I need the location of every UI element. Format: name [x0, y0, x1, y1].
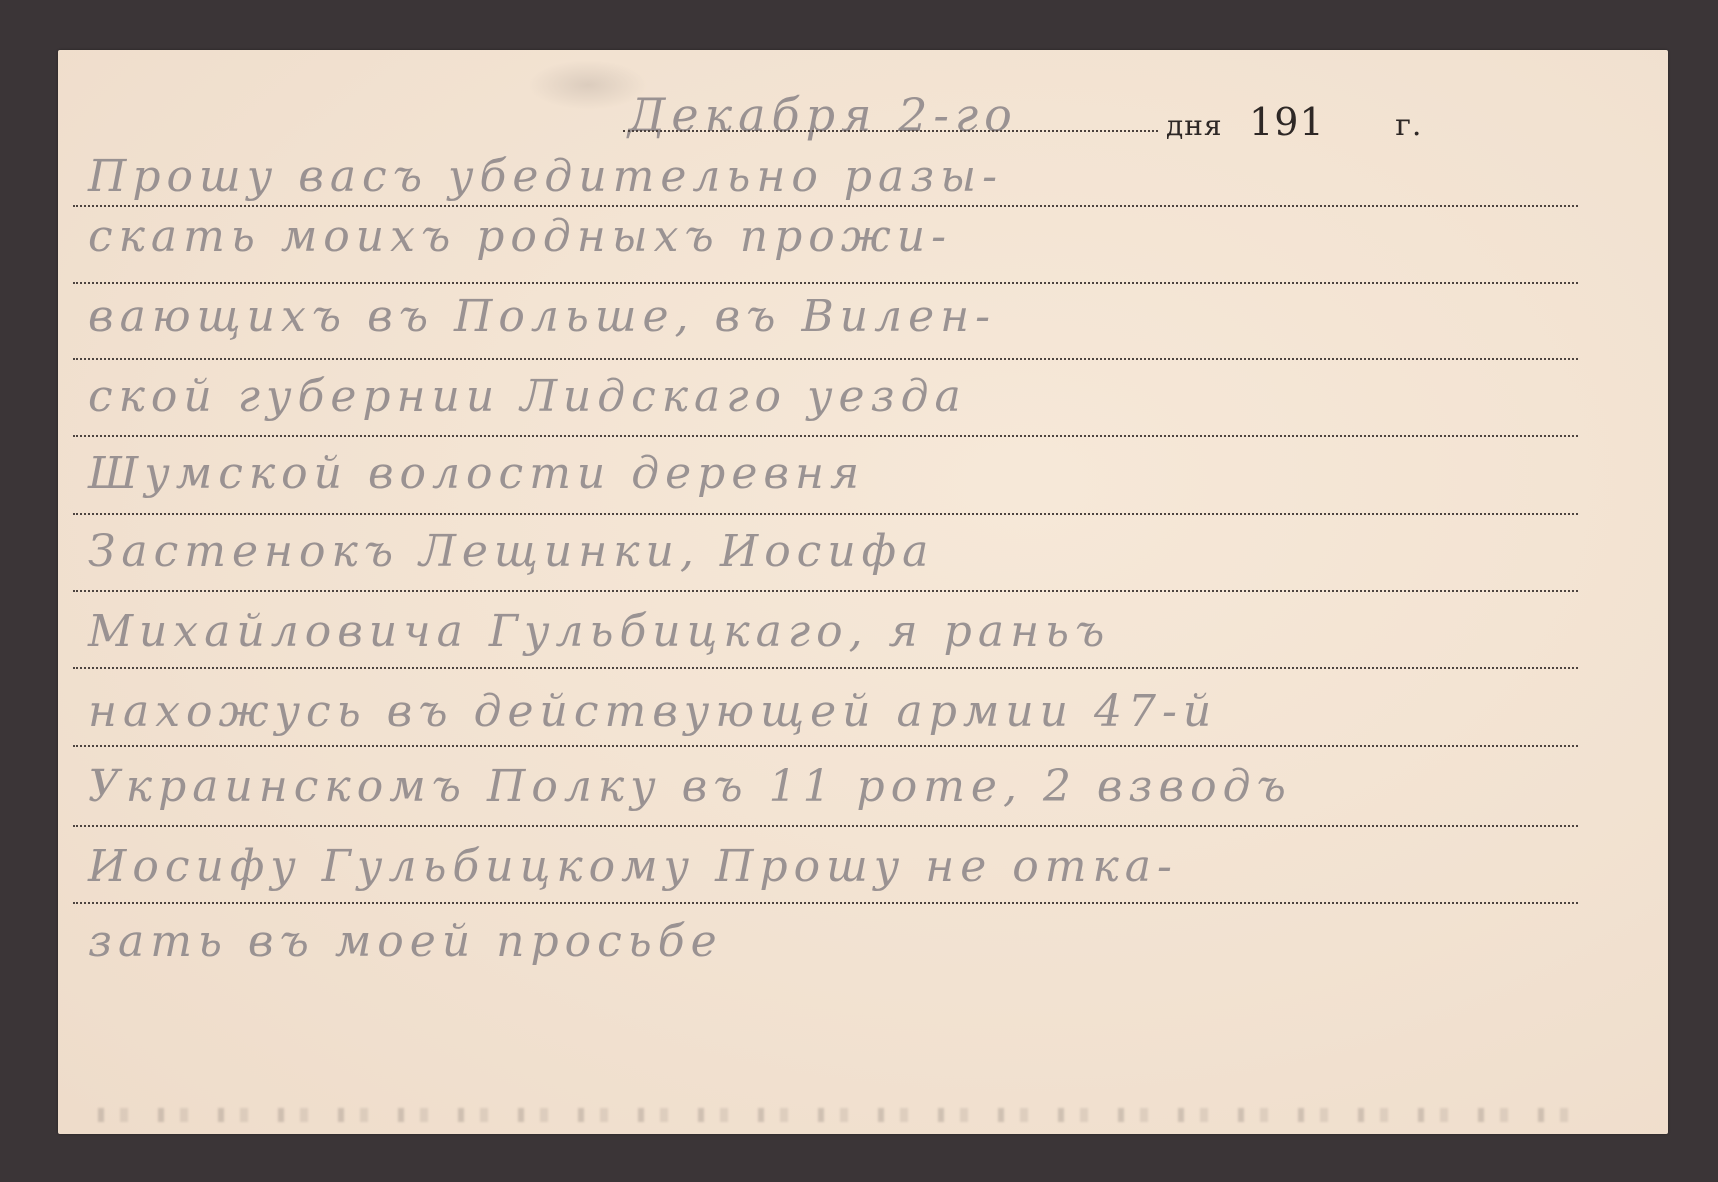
printed-date-label: дня 191 г. [1166, 100, 1422, 144]
handwritten-line-4: ской губернии Лидскаго уезда [88, 375, 1628, 419]
dotted-rule-5 [73, 513, 1578, 515]
handwritten-line-11: зать въ моей просьбе [88, 920, 1628, 964]
handwritten-line-9: Украинскомъ Полку въ 11 роте, 2 взводъ [88, 765, 1628, 809]
dotted-rule-6 [73, 590, 1578, 592]
handwritten-line-3: вающихъ въ Польше, въ Вилен- [88, 295, 1628, 339]
handwritten-line-5: Шумской волости деревня [88, 452, 1628, 496]
dotted-rule-3 [73, 358, 1578, 360]
postcard: Декабря 2-го дня 191 г. Прошу васъ убеди… [58, 50, 1668, 1134]
dotted-rule-10 [73, 902, 1578, 904]
dotted-rule-4 [73, 435, 1578, 437]
dotted-rule-7 [73, 667, 1578, 669]
printed-year-suffix: г. [1395, 108, 1422, 143]
handwritten-line-2: скать моихъ родныхъ прожи- [88, 215, 1628, 259]
handwritten-line-1: Прошу васъ убедительно разы- [88, 155, 1628, 199]
dotted-rule-2 [73, 282, 1578, 284]
dotted-rule-1 [73, 205, 1578, 207]
handwritten-line-10: Иосифу Гульбицкому Прошу не откa- [88, 845, 1628, 889]
handwritten-line-6: Застенокъ Лещинки, Иосифа [88, 530, 1628, 574]
dotted-rule-8 [73, 745, 1578, 747]
date-dotted-line [623, 130, 1158, 132]
dotted-rule-9 [73, 825, 1578, 827]
bottom-edge-smudge [98, 1108, 1598, 1122]
handwritten-line-7: Михайловича Гульбицкаго, я раньъ [88, 610, 1628, 654]
handwritten-line-8: нахожусь въ действующей армии 47-й [88, 690, 1628, 734]
printed-year: 191 [1249, 100, 1325, 144]
printed-day-word: дня [1166, 109, 1223, 142]
